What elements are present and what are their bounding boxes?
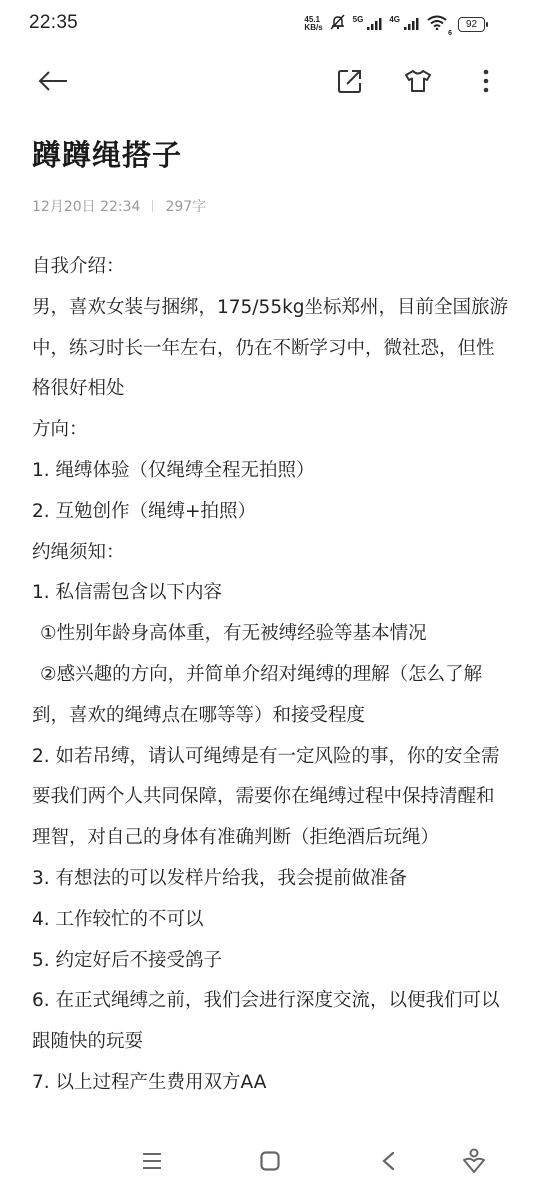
share-export-icon: [338, 69, 362, 97]
meta-divider: [152, 200, 153, 212]
sim1-network-type: 5G: [353, 15, 364, 24]
signal-bars-icon: [404, 15, 420, 34]
note-paragraph: 男，喜欢女装与捆绑，175/55kg坐标郑州，目前全国旅游中，练习时长一年左右，…: [32, 288, 512, 410]
nav-back-button[interactable]: [373, 1148, 403, 1178]
network-speed: 45.1 KB/s: [304, 16, 322, 32]
note-paragraph: 自我介绍：: [32, 247, 512, 288]
status-icons: 45.1 KB/s 5G 4G 6 92: [304, 14, 485, 34]
note-paragraph: 6. 在正式绳缚之前，我们会进行深度交流，以便我们可以跟随快的玩耍: [32, 981, 512, 1063]
note-paragraph: 3. 有想法的可以发样片给我，我会提前做准备: [32, 859, 512, 900]
system-nav-bar: [0, 1140, 540, 1185]
sim2-network-type: 4G: [389, 15, 400, 24]
app-bar: [0, 60, 540, 105]
assistant-button[interactable]: [459, 1148, 489, 1178]
note-paragraph: 1. 绳缚体验（仅绳缚全程无拍照）: [32, 451, 512, 492]
note-paragraph: 2. 互勉创作（绳缚+拍照）: [32, 492, 512, 533]
wifi-icon: 6: [426, 15, 448, 34]
note-paragraph: ①性别年龄身高体重，有无被缚经验等基本情况: [32, 614, 512, 655]
back-button[interactable]: [36, 66, 70, 100]
chevron-left-icon: [381, 1151, 395, 1175]
note-body[interactable]: 自我介绍： 男，喜欢女装与捆绑，175/55kg坐标郑州，目前全国旅游中，练习时…: [32, 247, 512, 1104]
note-paragraph: 4. 工作较忙的不可以: [32, 900, 512, 941]
note-paragraph: ②感兴趣的方向，并简单介绍对绳缚的理解（怎么了解到，喜欢的绳缚点在哪等等）和接受…: [32, 655, 512, 737]
hamburger-menu-icon: [142, 1152, 162, 1174]
theme-button[interactable]: [401, 66, 435, 100]
more-options-button[interactable]: [469, 66, 503, 100]
network-speed-unit: KB/s: [304, 24, 322, 32]
more-vertical-icon: [483, 69, 489, 97]
note-word-count: 297字: [165, 196, 206, 216]
person-heart-icon: [462, 1148, 486, 1178]
note-meta: 12月20日 22:34 297字: [32, 196, 206, 216]
note-paragraph: 7. 以上过程产生费用双方AA: [32, 1063, 512, 1104]
signal-bars-icon: [367, 15, 383, 34]
note-paragraph: 方向：: [32, 410, 512, 451]
note-title[interactable]: 蹲蹲绳搭子: [32, 133, 182, 174]
status-time: 22:35: [29, 12, 78, 34]
wifi-badge: 6: [448, 30, 452, 37]
battery-indicator: 92: [458, 17, 485, 32]
share-button[interactable]: [333, 66, 367, 100]
note-paragraph: 5. 约定好后不接受鸽子: [32, 941, 512, 982]
note-paragraph: 约绳须知：: [32, 533, 512, 574]
note-paragraph: 1. 私信需包含以下内容: [32, 573, 512, 614]
note-date: 12月20日 22:34: [32, 196, 140, 216]
square-home-icon: [260, 1151, 280, 1175]
arrow-left-icon: [38, 71, 68, 95]
status-bar: 22:35 45.1 KB/s 5G 4G 6 92: [0, 0, 540, 50]
home-button[interactable]: [255, 1148, 285, 1178]
recent-apps-button[interactable]: [137, 1148, 167, 1178]
note-paragraph: 2. 如若吊缚，请认可绳缚是有一定风险的事，你的安全需要我们两个人共同保障，需要…: [32, 737, 512, 859]
mute-bell-icon: [329, 14, 347, 34]
tshirt-icon: [404, 69, 432, 97]
